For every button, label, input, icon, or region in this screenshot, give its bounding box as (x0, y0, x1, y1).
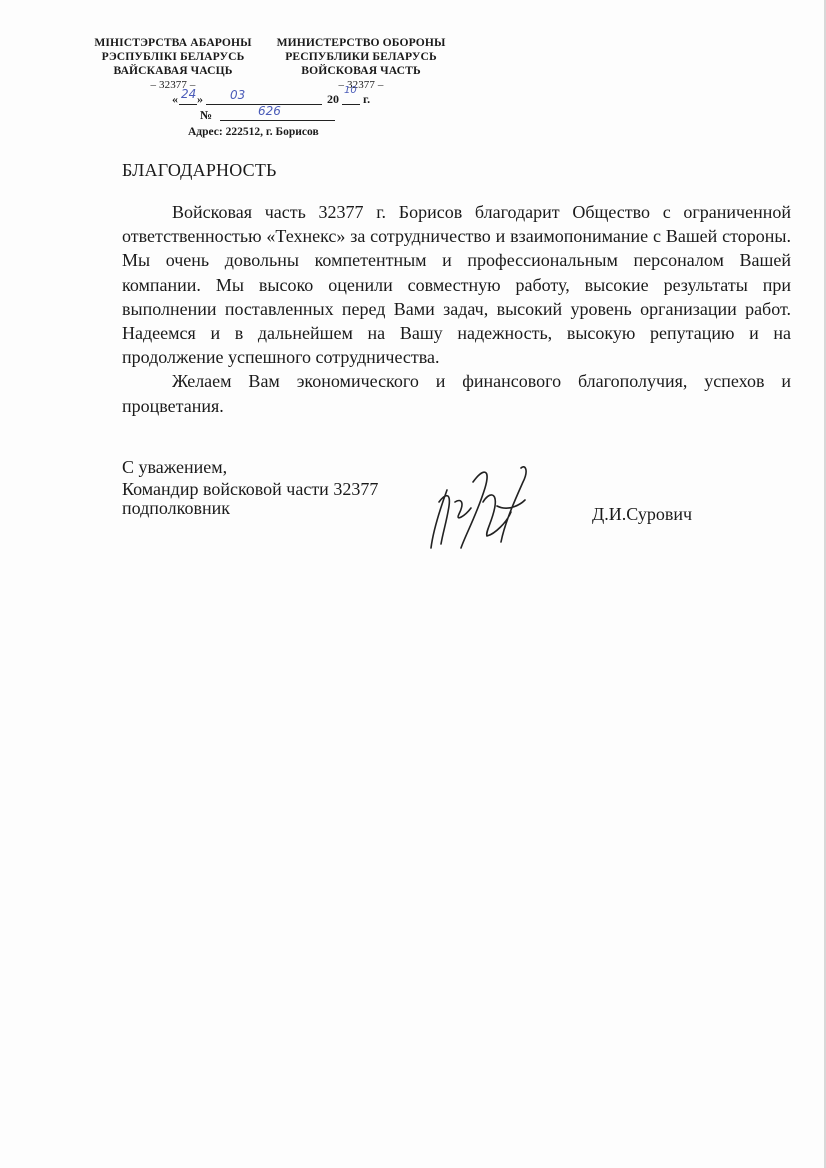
signatory-role-line1: Командир войсковой части 32377 (122, 480, 378, 499)
letterhead-right-line2: РЕСПУБЛИКИ БЕЛАРУСЬ (268, 50, 454, 64)
closing-salutation: С уважением, (122, 455, 227, 479)
date-open-quote: « (172, 92, 178, 107)
body-paragraph-1: Войсковая часть 32377 г. Борисов благода… (122, 200, 791, 369)
letterhead-left-line1: МІНІСТЭРСТВА АБАРОНЫ (84, 36, 262, 50)
document-title: БЛАГОДАРНОСТЬ (122, 160, 277, 181)
date-year-suffix: г. (363, 92, 370, 107)
letterhead-left-line2: РЭСПУБЛІКІ БЕЛАРУСЬ (84, 50, 262, 64)
date-month-handwritten: 03 (230, 88, 245, 102)
date-year-handwritten: 10 (344, 85, 357, 96)
scanned-letter-page: МІНІСТЭРСТВА АБАРОНЫ РЭСПУБЛІКІ БЕЛАРУСЬ… (0, 0, 826, 1168)
letterhead-address: Адрес: 222512, г. Борисов (188, 126, 319, 138)
letterhead-right-line3: ВОЙСКОВАЯ ЧАСТЬ (268, 64, 454, 78)
outgoing-number-line: № 626 (200, 108, 340, 124)
letterhead-belarusian: МІНІСТЭРСТВА АБАРОНЫ РЭСПУБЛІКІ БЕЛАРУСЬ… (84, 36, 262, 92)
signatory-role-line2: подполковник (122, 499, 378, 518)
handwritten-signature-icon (425, 462, 555, 552)
letterhead-russian: МИНИСТЕРСТВО ОБОРОНЫ РЕСПУБЛИКИ БЕЛАРУСЬ… (268, 36, 454, 92)
letterhead-left-line3: ВАЙСКАВАЯ ЧАСЦЬ (84, 64, 262, 78)
number-label: № (200, 108, 212, 122)
date-year-prefix: 20 (327, 92, 339, 107)
date-close-quote: » (197, 92, 203, 107)
signatory-role: Командир войсковой части 32377 подполков… (122, 480, 378, 518)
letterhead-right-code: – 32377 – (268, 78, 454, 92)
signatory-name: Д.И.Сурович (592, 504, 692, 525)
letterhead-right-line1: МИНИСТЕРСТВО ОБОРОНЫ (268, 36, 454, 50)
body-paragraph-2: Желаем Вам экономического и финансового … (122, 369, 791, 417)
number-handwritten: 626 (258, 104, 281, 118)
letter-body: Войсковая часть 32377 г. Борисов благода… (122, 200, 791, 418)
date-day-handwritten: 24 (181, 87, 196, 101)
